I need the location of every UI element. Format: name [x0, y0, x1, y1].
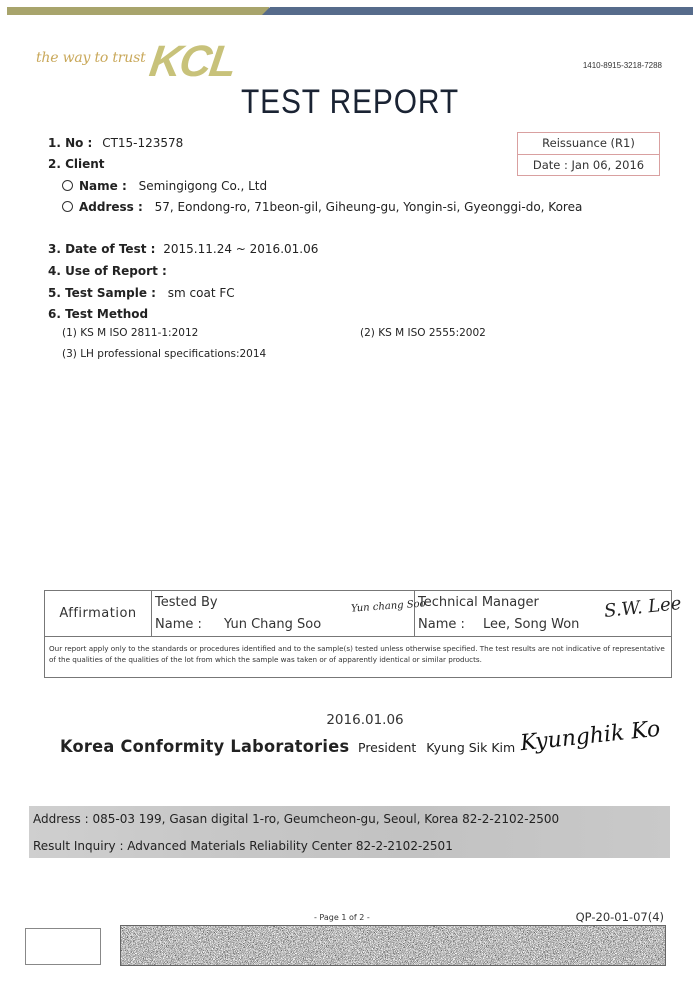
page-title: TEST REPORT — [42, 83, 658, 122]
field-test-sample: 5. Test Sample : sm coat FC — [48, 286, 235, 300]
security-pattern-strip — [120, 925, 666, 966]
gold-bar-segment — [7, 7, 269, 15]
reissuance-label: Reissuance (R1) — [518, 133, 659, 154]
page-number: - Page 1 of 2 - — [314, 913, 370, 922]
field-value: CT15-123578 — [102, 136, 183, 150]
field-label: 6. Test Method — [48, 307, 148, 321]
president-line: President Kyung Sik Kim — [358, 740, 515, 755]
technical-manager-cell: Technical Manager Name : Lee, Song Won S… — [416, 591, 671, 637]
organization-name: Korea Conformity Laboratories — [60, 737, 349, 757]
tested-by-cell: Tested By Name : Yun Chang Soo Yun chang… — [153, 591, 415, 637]
field-value: Semingigong Co., Ltd — [139, 179, 268, 193]
field-report-no: 1. No : CT15-123578 — [48, 136, 183, 150]
tested-by-name-row: Name : Yun Chang Soo — [155, 617, 321, 632]
affirmation-disclaimer: Our report apply only to the standards o… — [49, 643, 667, 665]
affirmation-label: Affirmation — [45, 591, 152, 637]
field-use-of-report: 4. Use of Report : — [48, 264, 167, 278]
test-method-item: (1) KS M ISO 2811-1:2012 — [62, 327, 198, 339]
field-label: 1. No : — [48, 136, 92, 150]
field-label: 5. Test Sample : — [48, 286, 156, 300]
test-method-item: (2) KS M ISO 2555:2002 — [360, 327, 486, 339]
field-label: 3. Date of Test : — [48, 242, 155, 256]
blue-bar-segment — [262, 7, 693, 15]
test-method-item: (3) LH professional specifications:2014 — [62, 348, 266, 360]
name-label: Name : — [418, 617, 465, 632]
affirmation-table: Affirmation Tested By Name : Yun Chang S… — [44, 590, 672, 678]
footer-inquiry: Result Inquiry : Advanced Materials Reli… — [33, 839, 453, 853]
president-label: President — [358, 740, 416, 755]
circle-bullet-icon — [62, 201, 73, 212]
president-name: Kyung Sik Kim — [426, 740, 515, 755]
name-label: Name : — [155, 617, 202, 632]
tested-by-name: Yun Chang Soo — [224, 617, 321, 632]
tested-by-title: Tested By — [155, 595, 218, 610]
field-value: 2015.11.24 ~ 2016.01.06 — [163, 242, 318, 256]
footer-contact-band: Address : 085-03 199, Gasan digital 1-ro… — [29, 806, 670, 858]
field-date-of-test: 3. Date of Test : 2015.11.24 ~ 2016.01.0… — [48, 242, 318, 256]
field-value: sm coat FC — [168, 286, 235, 300]
field-test-method: 6. Test Method — [48, 307, 148, 321]
affirmation-row: Affirmation Tested By Name : Yun Chang S… — [45, 591, 671, 637]
field-client-name: Name : Semingigong Co., Ltd — [62, 179, 267, 193]
technical-manager-name: Lee, Song Won — [483, 617, 579, 632]
field-label: Address : — [79, 200, 143, 214]
circle-bullet-icon — [62, 180, 73, 191]
technical-manager-name-row: Name : Lee, Song Won — [418, 617, 579, 632]
document-code: 1410-8915-3218-7288 — [583, 61, 662, 70]
field-label: Name : — [79, 179, 127, 193]
field-value: 57, Eondong-ro, 71beon-gil, Giheung-gu, … — [155, 200, 583, 214]
header-color-bar — [7, 7, 693, 15]
stamp-box — [25, 928, 101, 965]
footer-address: Address : 085-03 199, Gasan digital 1-ro… — [33, 812, 559, 826]
field-client-address: Address : 57, Eondong-ro, 71beon-gil, Gi… — [62, 200, 582, 214]
field-label: 4. Use of Report : — [48, 264, 167, 278]
logo-brand: KCL — [146, 40, 237, 84]
reissuance-box: Reissuance (R1) Date : Jan 06, 2016 — [517, 132, 660, 176]
field-client: 2. Client — [48, 157, 105, 171]
tested-by-signature: Yun chang Soo — [351, 598, 426, 614]
field-label: 2. Client — [48, 157, 105, 171]
reissuance-date: Date : Jan 06, 2016 — [518, 154, 659, 175]
technical-manager-title: Technical Manager — [418, 595, 539, 610]
technical-manager-signature: S.W. Lee — [603, 593, 682, 622]
logo-tagline: the way to trust — [36, 50, 146, 66]
kcl-logo: the way to trust KCL — [36, 40, 234, 84]
form-code: QP-20-01-07(4) — [576, 910, 664, 924]
